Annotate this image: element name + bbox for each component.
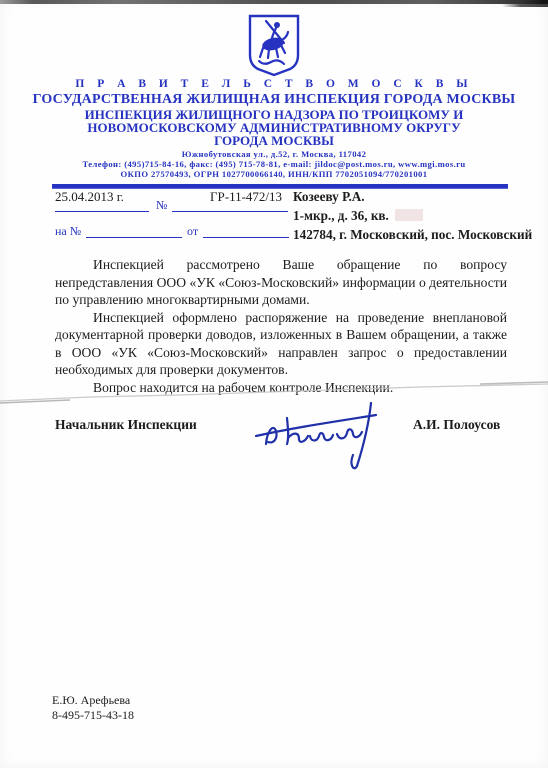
executor-phone: 8-495-715-43-18 xyxy=(52,708,134,723)
addressee-name: Козееву Р.А. xyxy=(293,188,543,207)
letter-date: 25.04.2013 г. xyxy=(55,189,124,205)
org-name-main: ГОСУДАРСТВЕННАЯ ЖИЛИЩНАЯ ИНСПЕКЦИЯ ГОРОД… xyxy=(0,92,548,108)
body-paragraph-1: Инспекцией рассмотрено Ваше обращение по… xyxy=(55,256,507,309)
addressee-block: Козееву Р.А. 1-мкр., д. 36, кв. 142784, … xyxy=(293,188,543,244)
moscow-coat-of-arms-icon xyxy=(246,13,302,77)
addressee-address-line1: 1-мкр., д. 36, кв. xyxy=(293,207,543,226)
contact-block: Южнобутовская ул., д.52, г. Москва, 1170… xyxy=(0,150,548,179)
body-paragraph-2: Инспекцией оформлено распоряжение на про… xyxy=(55,309,507,379)
executor-name: Е.Ю. Арефьева xyxy=(52,693,134,708)
signer-name: А.И. Полоусов xyxy=(413,417,500,433)
reply-from-date-label: от xyxy=(187,224,198,239)
number-sign-label: № xyxy=(156,198,167,213)
reply-to-number-label: на № xyxy=(55,224,81,239)
scan-edge-artifact xyxy=(0,0,548,4)
reply-number-underline xyxy=(86,237,182,238)
addressee-address-line2: 142784, г. Московский, пос. Московский xyxy=(293,226,543,245)
executor-block: Е.Ю. Арефьева 8-495-715-43-18 xyxy=(52,693,134,723)
government-line: П Р А В И Т Е Л Ь С Т В О М О С К В Ы xyxy=(0,78,548,90)
org-codes-line: ОКПО 27570493, ОГРН 1027700066140, ИНН/К… xyxy=(0,170,548,180)
org-name-sub3: ГОРОДА МОСКВЫ xyxy=(0,133,548,149)
number-underline xyxy=(172,211,288,212)
redacted-apartment-number xyxy=(395,209,423,221)
signature-ink xyxy=(252,392,392,472)
addressee-street: 1-мкр., д. 36, кв. xyxy=(293,208,389,223)
scanned-letter-page: П Р А В И Т Е Л Ь С Т В О М О С К В Ы ГО… xyxy=(0,0,548,768)
date-underline xyxy=(55,211,149,212)
signer-title: Начальник Инспекции xyxy=(55,417,197,433)
reply-date-underline xyxy=(203,237,289,238)
letter-outgoing-number: ГР-11-472/13 xyxy=(210,189,282,205)
scan-corner-artifact xyxy=(502,0,548,7)
